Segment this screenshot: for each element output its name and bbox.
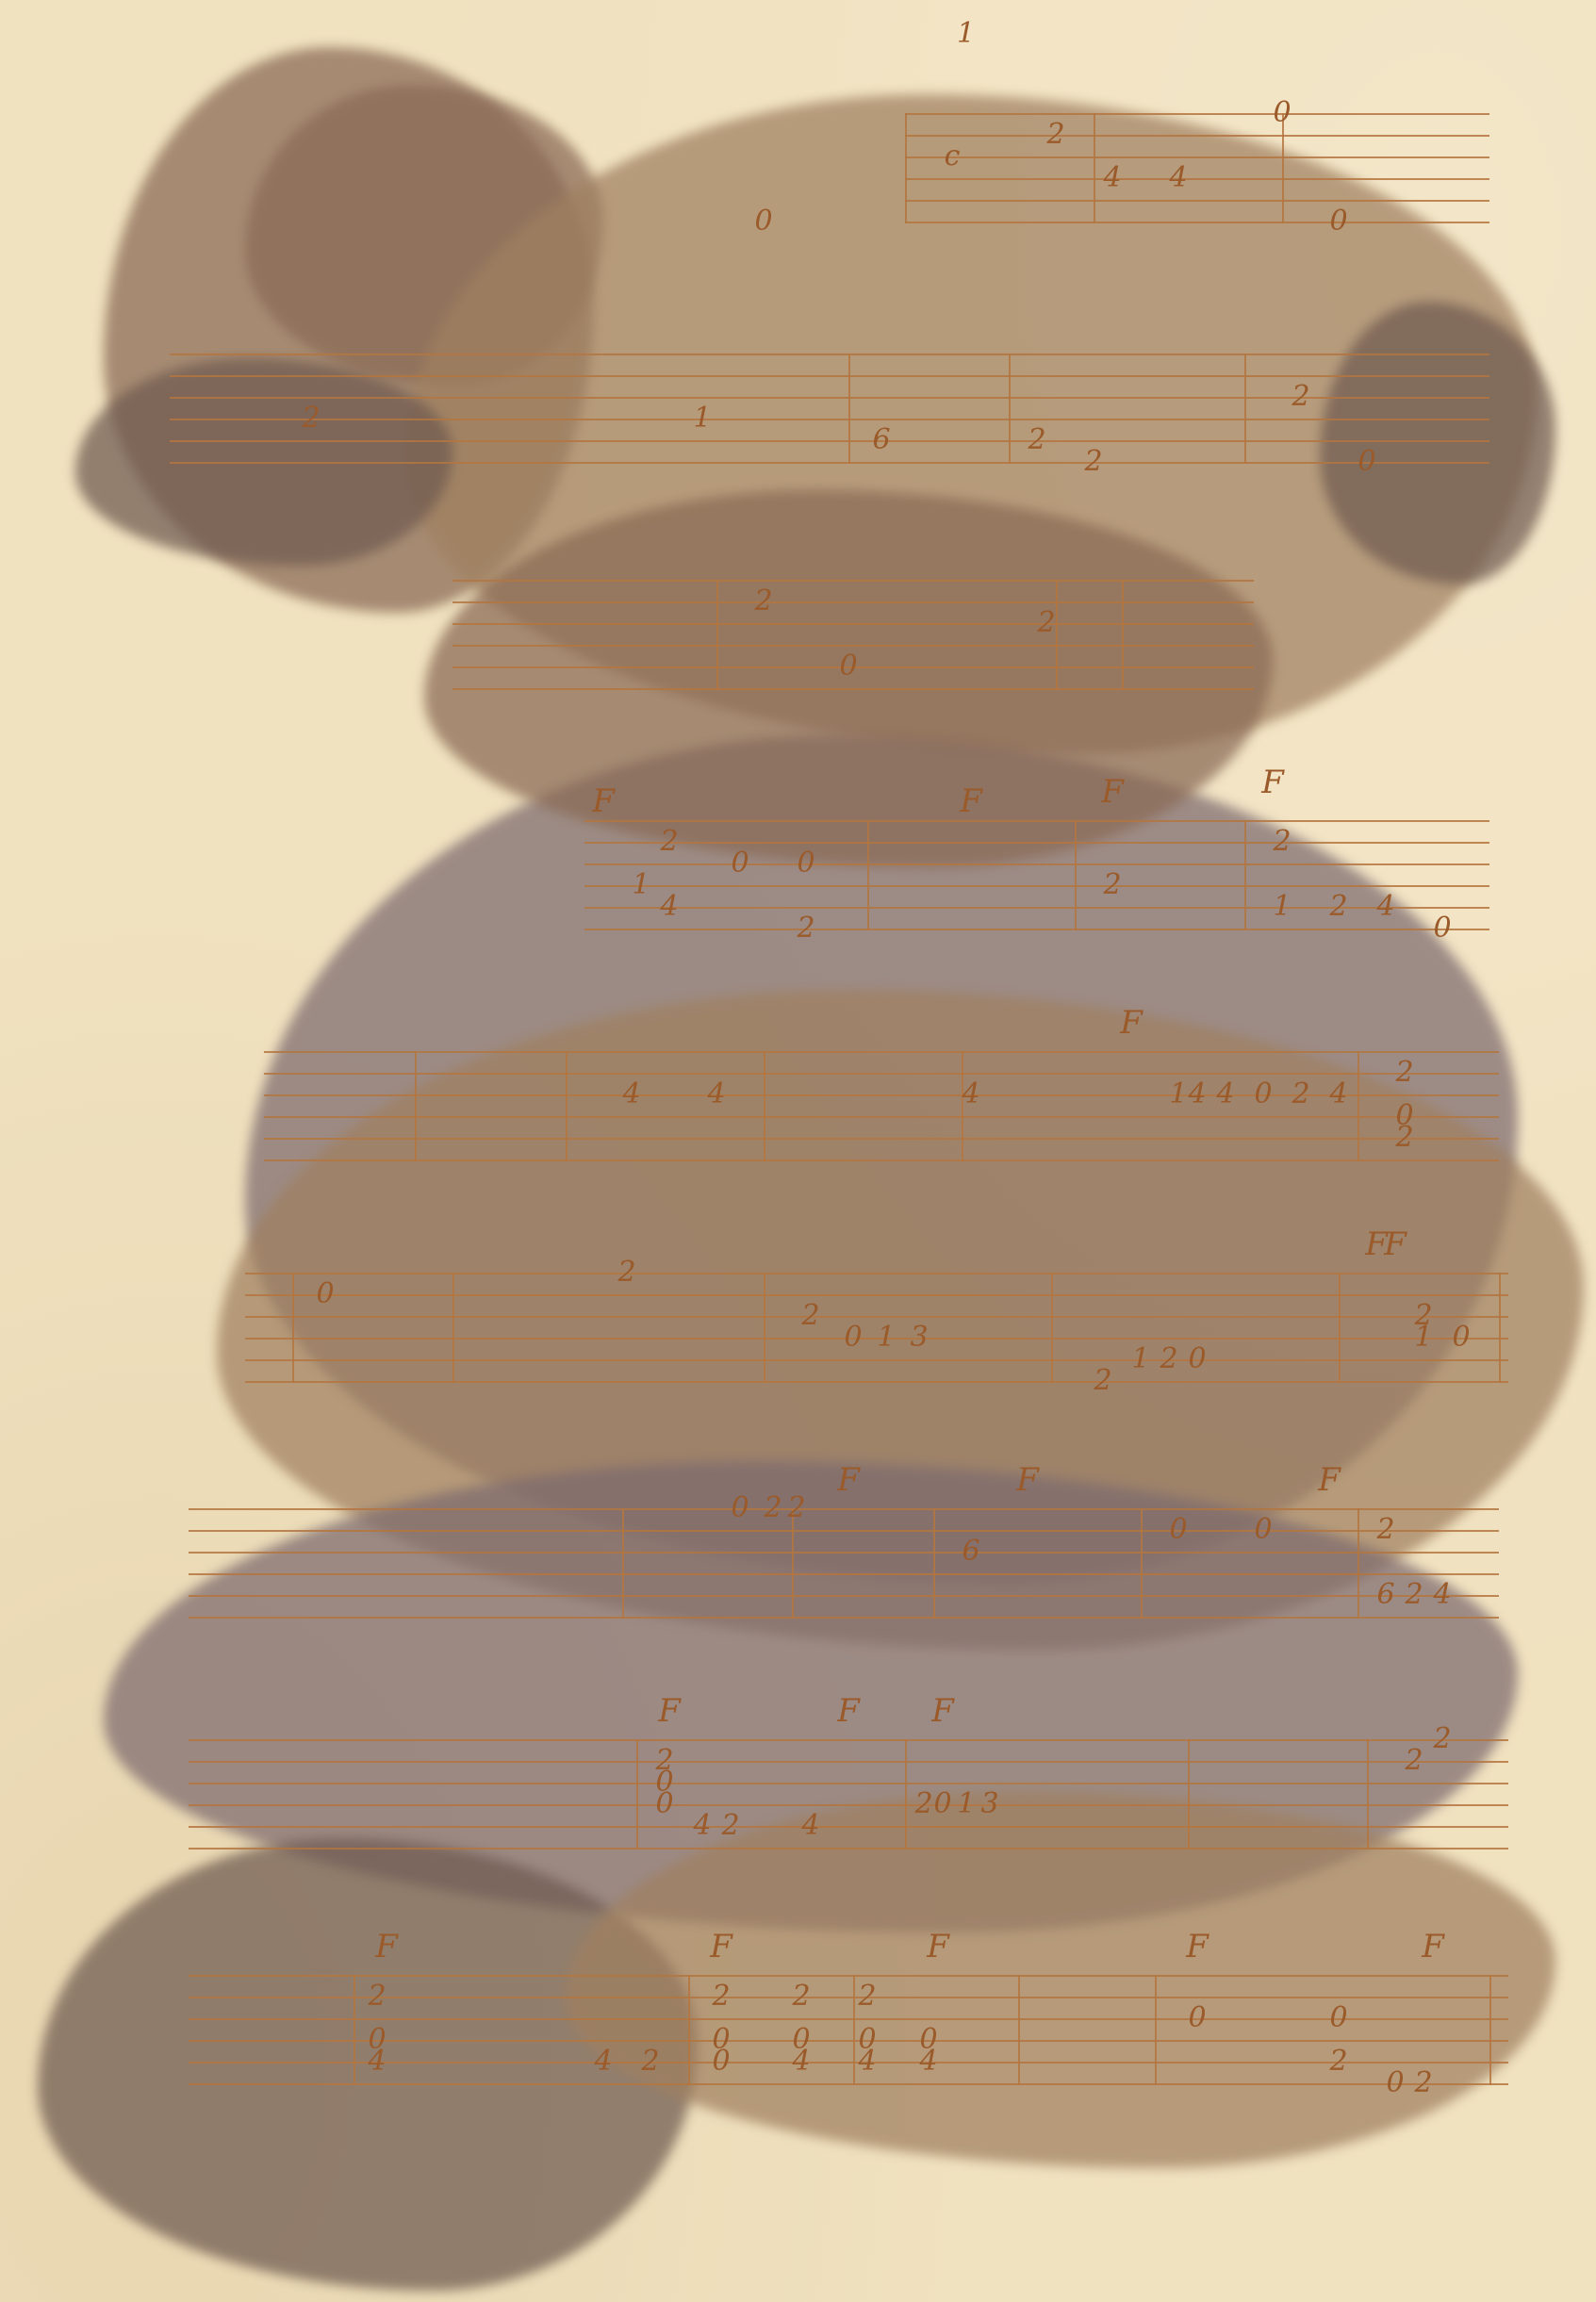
staff-line bbox=[264, 1094, 1499, 1096]
staff-line bbox=[245, 1316, 1508, 1318]
tab-fret-mark: 3 bbox=[910, 1324, 928, 1352]
rhythm-flag-icon: F bbox=[1318, 1461, 1341, 1499]
rhythm-flag-icon: F bbox=[837, 1461, 860, 1499]
tab-fret-mark: 4 bbox=[707, 1080, 725, 1109]
tab-fret-mark: 2 bbox=[801, 1302, 819, 1330]
tab-fret-mark: 0 bbox=[797, 849, 814, 878]
tab-fret-mark: 0 bbox=[1329, 207, 1347, 236]
tab-fret-mark: 4 bbox=[594, 2047, 612, 2076]
staff-line bbox=[264, 1159, 1499, 1161]
rhythm-flag-icon: F bbox=[1365, 1225, 1388, 1263]
bar-line bbox=[636, 1739, 638, 1850]
tab-fret-mark: 4 bbox=[1188, 1080, 1206, 1109]
staff-line bbox=[245, 1273, 1508, 1274]
tab-fret-mark: 2 bbox=[797, 914, 814, 943]
tab-fret-mark: 1 bbox=[1273, 893, 1291, 921]
tab-fret-mark: 2 bbox=[1292, 1080, 1309, 1109]
tab-fret-mark: 2 bbox=[1395, 1059, 1413, 1087]
rhythm-flag-icon: F bbox=[658, 1692, 681, 1730]
tab-fret-mark: 0 bbox=[933, 1790, 951, 1818]
tab-fret-mark: 0 bbox=[1433, 914, 1451, 943]
bar-line bbox=[1051, 1273, 1053, 1383]
tab-fret-mark: 2 bbox=[1329, 893, 1347, 921]
staff-line bbox=[189, 2018, 1508, 2020]
tab-fret-mark: 2 bbox=[858, 1982, 876, 2011]
staff-line bbox=[245, 1359, 1508, 1361]
staff-line bbox=[245, 1381, 1508, 1383]
staff-line bbox=[905, 113, 1489, 115]
tab-fret-mark: 2 bbox=[1433, 1725, 1451, 1753]
staff-line bbox=[584, 820, 1489, 822]
staff-line bbox=[264, 1051, 1499, 1053]
staff-line bbox=[189, 2040, 1508, 2042]
staff-line bbox=[189, 1739, 1508, 1741]
tab-fret-mark: 0 bbox=[1188, 1345, 1206, 1373]
tab-fret-mark: 2 bbox=[368, 1982, 386, 2011]
staff-line bbox=[189, 1595, 1499, 1597]
tab-fret-mark: 0 bbox=[731, 849, 749, 878]
tab-fret-mark: 2 bbox=[1414, 2069, 1432, 2097]
bar-line bbox=[1009, 354, 1011, 464]
rhythm-flag-icon: F bbox=[1422, 1928, 1444, 1965]
tab-fret-mark: 0 bbox=[1254, 1080, 1272, 1109]
tab-system-4 bbox=[584, 820, 1489, 930]
staff-line bbox=[584, 842, 1489, 844]
bar-line bbox=[1357, 1051, 1359, 1161]
tab-fret-mark: 4 bbox=[962, 1080, 979, 1109]
bar-line bbox=[1357, 1508, 1359, 1619]
staff-line bbox=[189, 1804, 1508, 1806]
tab-fret-mark: 2 bbox=[1028, 426, 1045, 454]
tab-fret-mark: 0 bbox=[1386, 2069, 1404, 2097]
bar-line bbox=[415, 1051, 417, 1161]
rhythm-flag-icon: F bbox=[592, 782, 615, 820]
staff-line bbox=[452, 580, 1254, 582]
bar-line bbox=[1188, 1739, 1190, 1850]
tab-fret-mark: 0 bbox=[1357, 448, 1375, 476]
bar-line bbox=[1018, 1975, 1020, 2085]
tab-system-7 bbox=[189, 1508, 1499, 1619]
bar-line bbox=[905, 1739, 907, 1850]
bar-line bbox=[1367, 1739, 1369, 1850]
tab-fret-mark: 6 bbox=[962, 1537, 979, 1566]
tab-fret-mark: 0 bbox=[655, 1790, 673, 1818]
staff-line bbox=[264, 1138, 1499, 1140]
staff-line bbox=[189, 1761, 1508, 1763]
staff-line bbox=[905, 222, 1489, 223]
staff-line bbox=[584, 885, 1489, 887]
staff-line bbox=[189, 2083, 1508, 2085]
rhythm-flag-icon: F bbox=[710, 1928, 732, 1965]
bar-line bbox=[1094, 113, 1095, 223]
page-mark: 1 bbox=[957, 17, 975, 50]
tab-fret-mark: c bbox=[945, 142, 961, 171]
tab-system-9 bbox=[189, 1975, 1508, 2085]
rhythm-flag-icon: F bbox=[931, 1692, 954, 1730]
staff-line bbox=[189, 1826, 1508, 1828]
tab-fret-mark: 4 bbox=[858, 2047, 876, 2076]
tab-fret-mark: 2 bbox=[721, 1812, 739, 1840]
tab-fret-mark: 2 bbox=[1084, 448, 1102, 476]
bar-line bbox=[452, 1273, 454, 1383]
staff-line bbox=[189, 1848, 1508, 1850]
tab-fret-mark: 4 bbox=[1329, 1080, 1347, 1109]
staff-line bbox=[264, 1116, 1499, 1118]
tab-fret-mark: 2 bbox=[302, 404, 320, 433]
rhythm-flag-icon: F bbox=[837, 1692, 860, 1730]
tab-fret-mark: 2 bbox=[1046, 121, 1064, 149]
tab-fret-mark: 0 bbox=[754, 207, 772, 236]
tab-fret-mark: 1 bbox=[693, 404, 711, 433]
tab-system-1 bbox=[905, 113, 1489, 223]
tab-fret-mark: 2 bbox=[1395, 1124, 1413, 1152]
tab-fret-mark: 0 bbox=[1452, 1324, 1470, 1352]
tab-fret-mark: 4 bbox=[1433, 1581, 1451, 1609]
bar-line bbox=[566, 1051, 568, 1161]
tab-fret-mark: 4 bbox=[792, 2047, 810, 2076]
tab-fret-mark: 1 bbox=[1131, 1345, 1149, 1373]
bar-line bbox=[848, 354, 850, 464]
rhythm-flag-icon: F bbox=[960, 782, 982, 820]
tab-fret-mark: 2 bbox=[914, 1790, 932, 1818]
rhythm-flag-icon: F bbox=[1016, 1461, 1039, 1499]
tab-fret-mark: 4 bbox=[1169, 164, 1187, 192]
staff-line bbox=[584, 929, 1489, 930]
tab-fret-mark: 1 bbox=[957, 1790, 975, 1818]
tab-fret-mark: 0 bbox=[1169, 1516, 1187, 1544]
staff-line bbox=[452, 688, 1254, 690]
tab-fret-mark: 0 bbox=[844, 1324, 862, 1352]
tab-fret-mark: 0 bbox=[1188, 2004, 1206, 2032]
bar-line bbox=[1244, 820, 1246, 930]
staff-line bbox=[189, 1617, 1499, 1619]
tab-fret-mark: 1 bbox=[877, 1324, 895, 1352]
tab-fret-mark: 0 bbox=[1273, 99, 1291, 127]
tab-fret-mark: 1 bbox=[632, 871, 650, 899]
tab-fret-mark: 4 bbox=[1216, 1080, 1234, 1109]
tab-fret-mark: 2 bbox=[1329, 2047, 1347, 2076]
tab-fret-mark: 1 bbox=[1169, 1080, 1187, 1109]
tab-fret-mark: 2 bbox=[641, 2047, 659, 2076]
tab-fret-mark: 0 bbox=[316, 1280, 334, 1308]
tab-fret-mark: 4 bbox=[660, 893, 678, 921]
tab-fret-mark: 1 bbox=[1414, 1324, 1432, 1352]
staff-line bbox=[170, 440, 1489, 442]
tab-fret-mark: 2 bbox=[1405, 1581, 1423, 1609]
tab-fret-mark: 3 bbox=[980, 1790, 998, 1818]
staff-line bbox=[189, 1508, 1499, 1510]
staff-line bbox=[170, 462, 1489, 464]
bar-line bbox=[933, 1508, 935, 1619]
tab-fret-mark: 4 bbox=[1376, 893, 1394, 921]
bar-line bbox=[1499, 1273, 1501, 1383]
rhythm-flag-icon: F bbox=[1186, 1928, 1209, 1965]
bar-line bbox=[764, 1273, 765, 1383]
bar-line bbox=[1244, 354, 1246, 464]
tab-fret-mark: 0 bbox=[731, 1494, 749, 1522]
tab-fret-mark: 4 bbox=[1103, 164, 1121, 192]
tab-fret-mark: 2 bbox=[660, 828, 678, 856]
tab-fret-mark: 2 bbox=[792, 1982, 810, 2011]
bar-line bbox=[1282, 113, 1284, 223]
rhythm-flag-icon: F bbox=[1120, 1004, 1143, 1042]
tab-fret-mark: 2 bbox=[1376, 1516, 1394, 1544]
bar-line bbox=[688, 1975, 690, 2085]
staff-line bbox=[264, 1073, 1499, 1075]
staff-line bbox=[452, 623, 1254, 625]
bar-line bbox=[867, 820, 869, 930]
bar-line bbox=[853, 1975, 855, 2085]
staff-line bbox=[905, 156, 1489, 158]
tab-fret-mark: 2 bbox=[754, 587, 772, 616]
bar-line bbox=[622, 1508, 624, 1619]
staff-line bbox=[189, 1783, 1508, 1784]
tab-fret-mark: 2 bbox=[764, 1494, 782, 1522]
bar-line bbox=[764, 1051, 765, 1161]
tab-fret-mark: 2 bbox=[1103, 871, 1121, 899]
tab-fret-mark: 2 bbox=[1160, 1345, 1177, 1373]
bar-line bbox=[1075, 820, 1077, 930]
bar-line bbox=[716, 580, 718, 690]
tab-fret-mark: 4 bbox=[622, 1080, 640, 1109]
bar-line bbox=[354, 1975, 355, 2085]
tab-fret-mark: 6 bbox=[1376, 1581, 1394, 1609]
staff-line bbox=[170, 419, 1489, 420]
tab-fret-mark: 2 bbox=[712, 1982, 730, 2011]
tab-fret-mark: 2 bbox=[617, 1258, 635, 1287]
rhythm-flag-icon: F bbox=[1101, 773, 1124, 811]
staff-line bbox=[452, 601, 1254, 603]
staff-line bbox=[452, 645, 1254, 647]
tab-fret-mark: 2 bbox=[1292, 383, 1309, 411]
tab-system-8 bbox=[189, 1739, 1508, 1850]
tab-system-5 bbox=[264, 1051, 1499, 1161]
tab-fret-mark: 4 bbox=[693, 1812, 711, 1840]
staff-line bbox=[170, 354, 1489, 355]
tab-fret-mark: 6 bbox=[872, 426, 890, 454]
staff-line bbox=[189, 1530, 1499, 1532]
tab-fret-mark: 0 bbox=[839, 652, 857, 681]
staff-line bbox=[905, 200, 1489, 202]
tab-fret-mark: 2 bbox=[1273, 828, 1291, 856]
staff-line bbox=[245, 1294, 1508, 1296]
staff-line bbox=[584, 907, 1489, 909]
staff-line bbox=[170, 375, 1489, 377]
staff-line bbox=[905, 178, 1489, 180]
staff-line bbox=[189, 1552, 1499, 1554]
bar-line bbox=[792, 1508, 794, 1619]
bar-line bbox=[905, 113, 907, 223]
bar-line bbox=[1339, 1273, 1341, 1383]
tab-fret-mark: 0 bbox=[1329, 2004, 1347, 2032]
bar-line bbox=[1122, 580, 1124, 690]
staff-line bbox=[189, 1975, 1508, 1977]
tab-fret-mark: 0 bbox=[1254, 1516, 1272, 1544]
staff-line bbox=[189, 1997, 1508, 1998]
bar-line bbox=[1489, 1975, 1491, 2085]
rhythm-flag-icon: F bbox=[1261, 764, 1284, 801]
staff-line bbox=[189, 2062, 1508, 2064]
tab-fret-mark: 4 bbox=[368, 2047, 386, 2076]
staff-line bbox=[189, 1573, 1499, 1575]
staff-line bbox=[584, 863, 1489, 865]
bar-line bbox=[1141, 1508, 1143, 1619]
bar-line bbox=[1155, 1975, 1157, 2085]
staff-line bbox=[905, 135, 1489, 137]
rhythm-flag-icon: F bbox=[927, 1928, 949, 1965]
tab-fret-mark: 2 bbox=[1037, 609, 1055, 637]
tab-fret-mark: 4 bbox=[919, 2047, 937, 2076]
tab-fret-mark: 2 bbox=[1094, 1367, 1111, 1395]
tab-fret-mark: 4 bbox=[801, 1812, 819, 1840]
tab-fret-mark: 2 bbox=[787, 1494, 805, 1522]
bar-line bbox=[292, 1273, 294, 1383]
bar-line bbox=[1056, 580, 1058, 690]
tab-fret-mark: 0 bbox=[712, 2047, 730, 2076]
tab-fret-mark: 2 bbox=[1405, 1747, 1423, 1775]
rhythm-flag-icon: F bbox=[375, 1928, 398, 1965]
